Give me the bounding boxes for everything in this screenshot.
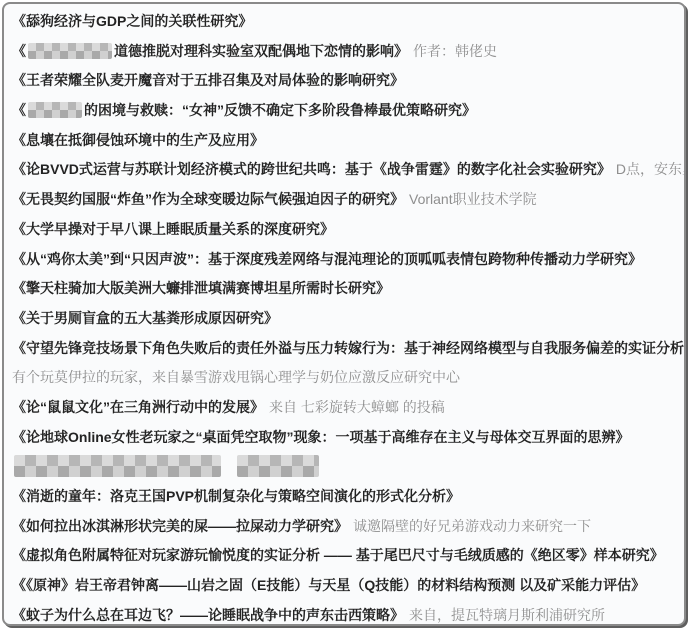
paper-title: 道德推脱对理科实验室双配偶地下恋情的影响》 — [114, 43, 408, 59]
annotation: 来自 七彩旋转大蟑螂 的投稿 — [269, 399, 445, 415]
censored-block — [28, 43, 112, 59]
list-item: 《无畏契约国服“炸鱼”作为全球变暖边际气候强迫因子的研究》Vorlant职业技术… — [12, 185, 676, 215]
paper-title: 《 — [12, 43, 26, 59]
list-item: 《的困境与救赎：“女神”反馈不确定下多阶段鲁棒最优策略研究》 — [12, 96, 676, 126]
paper-title: 的困境与救赎：“女神”反馈不确定下多阶段鲁棒最优策略研究》 — [84, 102, 476, 118]
list-item: 《虚拟角色附属特征对玩家游玩愉悦度的实证分析 —— 基于尾巴尺寸与毛绒质感的《绝… — [12, 541, 676, 571]
list-item: 《舔狗经济与GDP之间的关联性研究》 — [12, 7, 676, 37]
paper-title: 《论“鼠鼠文化”在三角洲行动中的发展》 — [12, 399, 264, 415]
paper-title: 《息壤在抵御侵蚀环境中的生产及应用》 — [12, 132, 264, 148]
paper-title: 《消逝的童年：洛克王国PVP机制复杂化与策略空间演化的形式化分析》 — [12, 488, 460, 504]
list-item: 《守望先锋竞技场景下角色失败后的责任外溢与压力转嫁行为：基于神经网络模型与自我服… — [12, 334, 676, 364]
paper-title: 《论BVVD式运营与苏联计划经济模式的跨世纪共鸣：基于《战争雷霆》的数字化社会实… — [12, 161, 611, 177]
paper-title: 《从“鸡你太美”到“只因声波”：基于深度残差网络与混沌理论的顶呱呱表情包跨物种传… — [12, 251, 642, 267]
list-item: 《道德推脱对理科实验室双配偶地下恋情的影响》作者：韩佬史 — [12, 37, 676, 67]
list-item: 《论BVVD式运营与苏联计划经济模式的跨世纪共鸣：基于《战争雷霆》的数字化社会实… — [12, 155, 676, 185]
paper-title: 《舔狗经济与GDP之间的关联性研究》 — [12, 13, 252, 29]
annotation: 诚邀隔壁的好兄弟游戏动力来研究一下 — [353, 518, 591, 534]
paper-title: 《《原神》岩王帝君钟离——山岩之固（E技能）与天星（Q技能）的材料结构预测 以及… — [12, 577, 645, 593]
annotation: 来自，提瓦特璃月斯利浦研究所 — [409, 607, 605, 623]
paper-titles-panel: 《舔狗经济与GDP之间的关联性研究》《道德推脱对理科实验室双配偶地下恋情的影响》… — [2, 2, 686, 626]
list-item — [12, 452, 676, 482]
censored-block — [28, 102, 82, 118]
paper-title: 《擎天柱骑加大版美洲大蠊排泄填满赛博坦星所需时长研究》 — [12, 280, 390, 296]
paper-title: 《关于男厕盲盒的五大基粪形成原因研究》 — [12, 310, 278, 326]
paper-title: 《 — [12, 102, 26, 118]
paper-title: 《蚊子为什么总在耳边飞？——论睡眠战争中的声东击西策略》 — [12, 607, 404, 623]
paper-title: 《如何拉出冰淇淋形状完美的屎——拉屎动力学研究》 — [12, 518, 348, 534]
paper-title: 《守望先锋竞技场景下角色失败后的责任外溢与压力转嫁行为：基于神经网络模型与自我服… — [12, 340, 686, 356]
list-item: 有个玩莫伊拉的玩家，来自暴雪游戏甩锅心理学与奶位应激反应研究中心 — [12, 363, 676, 393]
list-item: 《蚊子为什么总在耳边飞？——论睡眠战争中的声东击西策略》来自，提瓦特璃月斯利浦研… — [12, 601, 676, 626]
annotation: Vorlant职业技术学院 — [409, 191, 537, 207]
list-item: 《擎天柱骑加大版美洲大蠊排泄填满赛博坦星所需时长研究》 — [12, 274, 676, 304]
list-item: 《息壤在抵御侵蚀环境中的生产及应用》 — [12, 126, 676, 156]
censored-block — [237, 455, 319, 477]
list-item: 《消逝的童年：洛克王国PVP机制复杂化与策略空间演化的形式化分析》 — [12, 482, 676, 512]
annotation: 有个玩莫伊拉的玩家，来自暴雪游戏甩锅心理学与奶位应激反应研究中心 — [12, 369, 460, 385]
paper-title: 《虚拟角色附属特征对玩家游玩愉悦度的实证分析 —— 基于尾巴尺寸与毛绒质感的《绝… — [12, 547, 664, 563]
paper-title: 《论地球Online女性老玩家之“桌面凭空取物”现象：一项基于高维存在主义与母体… — [12, 429, 630, 445]
title-list: 《舔狗经济与GDP之间的关联性研究》《道德推脱对理科实验室双配偶地下恋情的影响》… — [12, 7, 676, 626]
paper-title: 《无畏契约国服“炸鱼”作为全球变暖边际气候强迫因子的研究》 — [12, 191, 404, 207]
list-item: 《大学早操对于早八课上睡眠质量关系的深度研究》 — [12, 215, 676, 245]
list-item: 《关于男厕盲盒的五大基粪形成原因研究》 — [12, 304, 676, 334]
list-item: 《如何拉出冰淇淋形状完美的屎——拉屎动力学研究》诚邀隔壁的好兄弟游戏动力来研究一… — [12, 512, 676, 542]
censored-block — [14, 455, 221, 477]
list-item: 《论地球Online女性老玩家之“桌面凭空取物”现象：一项基于高维存在主义与母体… — [12, 423, 676, 453]
list-item: 《从“鸡你太美”到“只因声波”：基于深度残差网络与混沌理论的顶呱呱表情包跨物种传… — [12, 245, 676, 275]
list-item: 《王者荣耀全队麦开魔音对于五排召集及对局体验的影响研究》 — [12, 66, 676, 96]
list-item: 《论“鼠鼠文化”在三角洲行动中的发展》来自 七彩旋转大蟑螂 的投稿 — [12, 393, 676, 423]
annotation: 作者：韩佬史 — [413, 43, 497, 59]
annotation: D点，安东星，elb — [616, 161, 686, 177]
paper-title: 《王者荣耀全队麦开魔音对于五排召集及对局体验的影响研究》 — [12, 72, 404, 88]
paper-title: 《大学早操对于早八课上睡眠质量关系的深度研究》 — [12, 221, 334, 237]
list-item: 《《原神》岩王帝君钟离——山岩之固（E技能）与天星（Q技能）的材料结构预测 以及… — [12, 571, 676, 601]
